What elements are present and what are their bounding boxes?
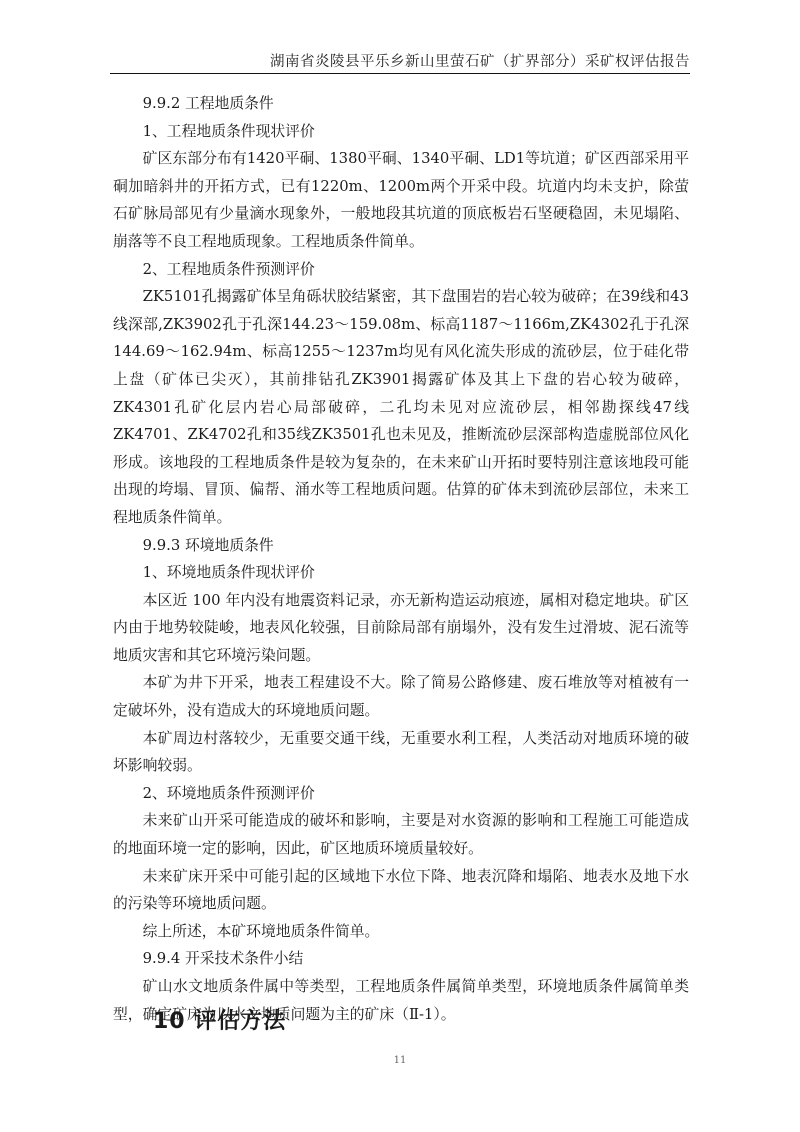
subsection-heading: 1、环境地质条件现状评价 <box>113 559 689 587</box>
document-body: 9.9.2 工程地质条件 1、工程地质条件现状评价 矿区东部分布有1420平硐、… <box>113 90 689 1028</box>
paragraph: 矿区东部分布有1420平硐、1380平硐、1340平硐、LD1等坑道；矿区西部采… <box>113 145 689 255</box>
section-heading-9-9-4: 9.9.4 开采技术条件小结 <box>113 945 689 973</box>
chapter-heading: 10 评估方法 <box>153 1004 286 1035</box>
paragraph: 未来矿床开采中可能引起的区域地下水位下降、地表沉降和塌陷、地表水及地下水的污染等… <box>113 863 689 918</box>
section-heading-9-9-2: 9.9.2 工程地质条件 <box>113 90 689 118</box>
running-header-title: 湖南省炎陵县平乐乡新山里萤石矿（扩界部分）采矿权评估报告 <box>270 50 690 71</box>
paragraph: 未来矿山开采可能造成的破坏和影响，主要是对水资源的影响和工程施工可能造成的地面环… <box>113 807 689 862</box>
subsection-heading: 1、工程地质条件现状评价 <box>113 118 689 146</box>
paragraph: 综上所述，本矿环境地质条件简单。 <box>113 918 689 946</box>
subsection-heading: 2、环境地质条件预测评价 <box>113 780 689 808</box>
paragraph: 本矿周边村落较少，无重要交通干线，无重要水利工程，人类活动对地质环境的破坏影响较… <box>113 725 689 780</box>
paragraph: ZK5101孔揭露矿体呈角砾状胶结紧密，其下盘围岩的岩心较为破碎；在39线和43… <box>113 283 689 531</box>
subsection-heading: 2、工程地质条件预测评价 <box>113 256 689 284</box>
paragraph: 本区近 100 年内没有地震资料记录，亦无新构造运动痕迹，属相对稳定地块。矿区内… <box>113 587 689 670</box>
section-heading-9-9-3: 9.9.3 环境地质条件 <box>113 532 689 560</box>
header-divider <box>110 73 690 74</box>
paragraph: 本矿为井下开采，地表工程建设不大。除了简易公路修建、废石堆放等对植被有一定破坏外… <box>113 669 689 724</box>
page-number: 11 <box>0 1055 800 1066</box>
